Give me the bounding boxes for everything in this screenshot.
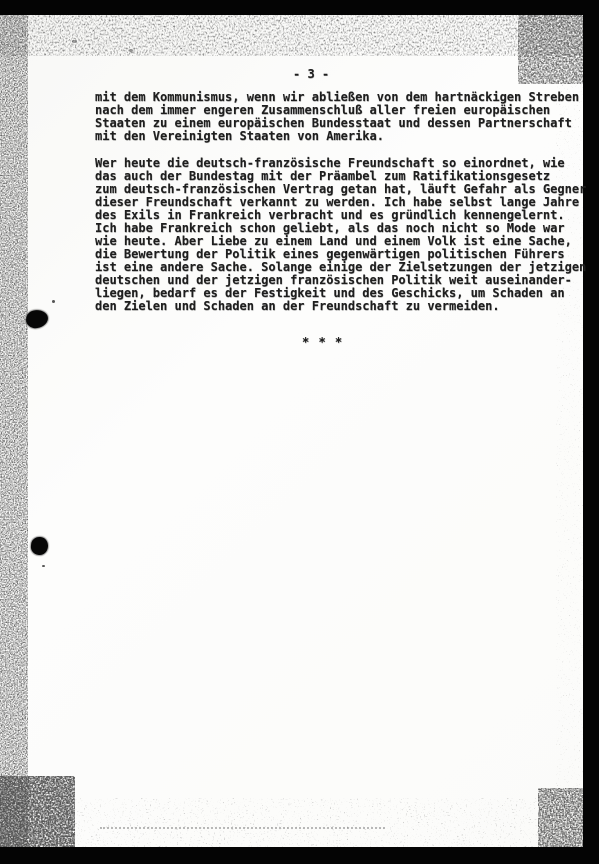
scan-border-bottom <box>0 847 599 864</box>
paragraph-2: Wer heute die deutsch-französische Freun… <box>95 157 586 313</box>
ink-speck <box>52 300 55 303</box>
scanned-document-page: - 3 - mit dem Kommunismus, wenn wir abli… <box>0 0 599 864</box>
page-edge-shadow-line <box>100 827 385 829</box>
ink-speck <box>129 49 133 52</box>
ink-speck <box>42 565 45 567</box>
paragraph-1: mit dem Kommunismus, wenn wir abließen v… <box>95 91 579 143</box>
scan-border-top <box>0 0 599 15</box>
scan-border-right <box>583 0 599 864</box>
ink-speck <box>72 40 77 43</box>
asterisk-separator: * * * <box>302 336 343 349</box>
page-number: - 3 - <box>293 68 329 81</box>
